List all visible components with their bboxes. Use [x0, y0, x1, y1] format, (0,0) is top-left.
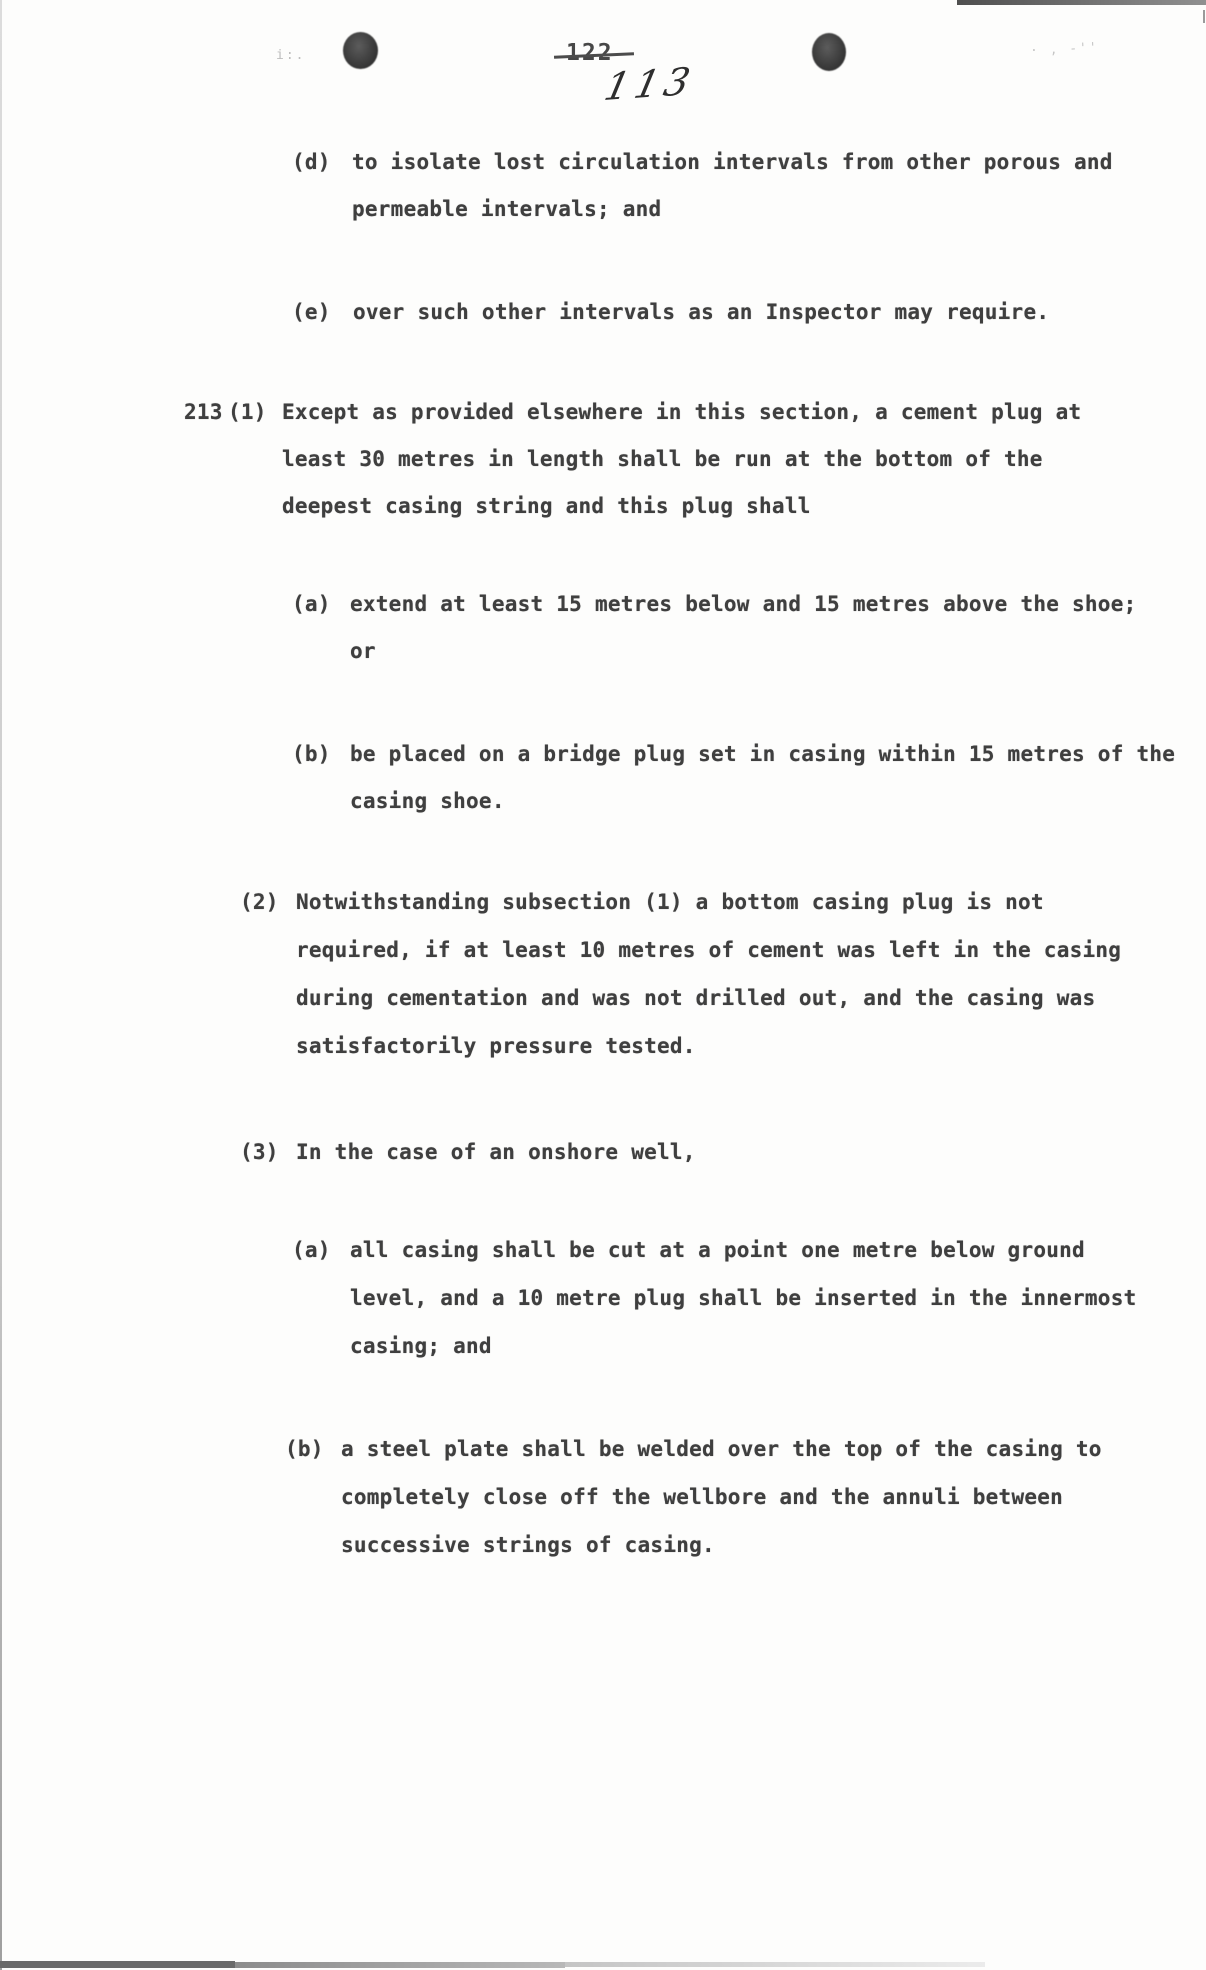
item-3b-line3: successive strings of casing. [0, 1533, 1206, 1559]
item-3a-line2: level, and a 10 metre plug shall be inse… [0, 1286, 1206, 1312]
section-number: 213 [184, 400, 223, 424]
item-1a-marker: (a) [292, 592, 331, 616]
clause-d-line2: permeable intervals; and [0, 197, 1206, 223]
subsection-2-text3: during cementation and was not drilled o… [296, 986, 1095, 1010]
subsection-2-text1: Notwithstanding subsection (1) a bottom … [296, 890, 1044, 914]
item-3a-text1: all casing shall be cut at a point one m… [350, 1238, 1085, 1262]
item-3b-line1: (b) a steel plate shall be welded over t… [0, 1437, 1206, 1463]
item-3b-text2: completely close off the wellbore and th… [341, 1485, 1063, 1509]
subsection-2-marker: (2) [240, 890, 279, 914]
subsection-2-text2: required, if at least 10 metres of cemen… [296, 938, 1121, 962]
document-body: (d) to isolate lost circulation interval… [0, 0, 1206, 1970]
subsection-1-text3: deepest casing string and this plug shal… [282, 494, 811, 518]
item-1b-text2: casing shoe. [350, 789, 505, 813]
clause-d-line1: (d) to isolate lost circulation interval… [0, 150, 1206, 176]
item-1a-text1: extend at least 15 metres below and 15 m… [350, 592, 1136, 616]
item-1b-line2: casing shoe. [0, 789, 1206, 815]
item-1a-text2: or [350, 639, 376, 663]
subsection-1-text2: least 30 metres in length shall be run a… [282, 447, 1043, 471]
item-1b-text1: be placed on a bridge plug set in casing… [350, 742, 1175, 766]
item-3a-marker: (a) [292, 1238, 331, 1262]
item-3a-line3: casing; and [0, 1334, 1206, 1360]
item-3b-text3: successive strings of casing. [341, 1533, 715, 1557]
item-3b-line2: completely close off the wellbore and th… [0, 1485, 1206, 1511]
clause-d-text2: permeable intervals; and [352, 197, 661, 221]
item-3a-text2: level, and a 10 metre plug shall be inse… [350, 1286, 1136, 1310]
clause-d-marker: (d) [292, 150, 331, 174]
section-213-sub1-line3: deepest casing string and this plug shal… [0, 494, 1206, 520]
subsection-3-text1: In the case of an onshore well, [296, 1140, 696, 1164]
subsection-3-marker: (3) [240, 1140, 279, 1164]
section-213-sub1-line2: least 30 metres in length shall be run a… [0, 447, 1206, 473]
item-1b-line1: (b) be placed on a bridge plug set in ca… [0, 742, 1206, 768]
clause-d-text1: to isolate lost circulation intervals fr… [352, 150, 1113, 174]
subsection-2-text4: satisfactorily pressure tested. [296, 1034, 696, 1058]
clause-e-text1: over such other intervals as an Inspecto… [353, 300, 1049, 324]
subsection-1-marker: (1) [228, 400, 267, 424]
scanned-document-page: i:. · , -'' 122 113 (d) to isolate lost … [0, 0, 1206, 1970]
subsection-2-line4: satisfactorily pressure tested. [0, 1034, 1206, 1060]
subsection-2-line3: during cementation and was not drilled o… [0, 986, 1206, 1012]
clause-e-marker: (e) [292, 300, 331, 324]
subsection-1-text1: Except as provided elsewhere in this sec… [282, 400, 1081, 424]
item-3b-marker: (b) [285, 1437, 324, 1461]
subsection-2-line2: required, if at least 10 metres of cemen… [0, 938, 1206, 964]
section-213-sub1-line1: 213 (1) Except as provided elsewhere in … [0, 400, 1206, 426]
item-1a-line2: or [0, 639, 1206, 665]
subsection-2-line1: (2) Notwithstanding subsection (1) a bot… [0, 890, 1206, 916]
item-3a-text3: casing; and [350, 1334, 492, 1358]
item-1b-marker: (b) [292, 742, 331, 766]
clause-e-line1: (e) over such other intervals as an Insp… [0, 300, 1206, 326]
subsection-3-line1: (3) In the case of an onshore well, [0, 1140, 1206, 1166]
item-3b-text1: a steel plate shall be welded over the t… [341, 1437, 1102, 1461]
item-3a-line1: (a) all casing shall be cut at a point o… [0, 1238, 1206, 1264]
item-1a-line1: (a) extend at least 15 metres below and … [0, 592, 1206, 618]
